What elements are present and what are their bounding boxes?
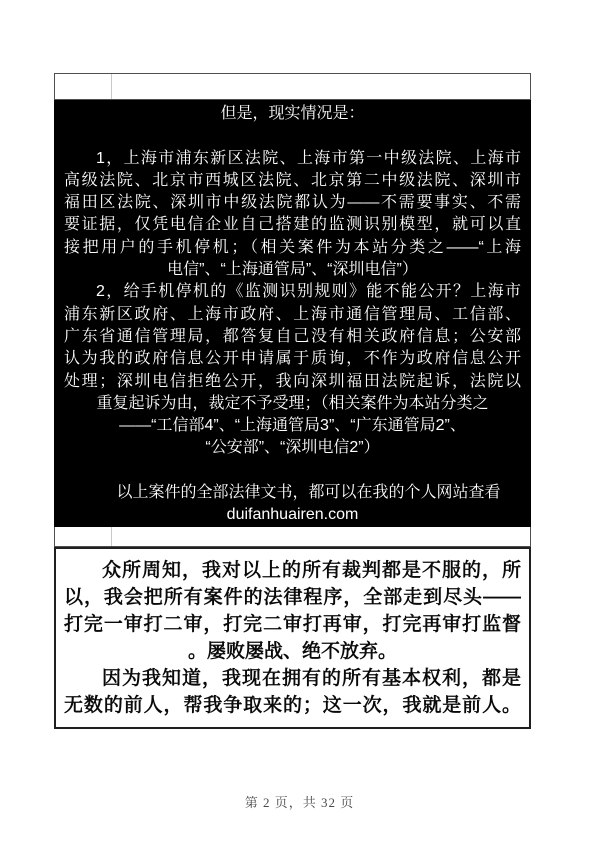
table-cell — [112, 527, 530, 546]
text-line: 要证据，仅凭电信企业自己搭建的监测识别模型，就可以直 — [64, 214, 521, 236]
statement-block-dark: 但是，现实情况是： 1，上海市浦东新区法院、上海市第一中级法院、上海市高级法院、… — [54, 100, 531, 527]
text-line: duifanhuairen.com — [64, 504, 521, 526]
text-line: “公安部”、“深圳电信2”） — [64, 437, 521, 459]
document-body: 但是，现实情况是： 1，上海市浦东新区法院、上海市第一中级法院、上海市高级法院、… — [54, 73, 531, 729]
text-line: 接把用户的手机停机；（相关案件为本站分类之——“上海 — [64, 237, 521, 259]
text-line: 2，给手机停机的《监测识别规则》能不能公开？上海市 — [64, 281, 521, 303]
text-line: 。屡败屡战、绝不放弃。 — [64, 638, 521, 665]
text-line: 众所周知，我对以上的所有裁判都是不服的，所 — [64, 557, 521, 584]
text-line: 以上案件的全部法律文书，都可以在我的个人网站查看 — [64, 482, 521, 504]
statement-block-bordered: 众所周知，我对以上的所有裁判都是不服的，所以，我会把所有案件的法律程序，全部走到… — [54, 547, 531, 729]
table-empty-row-top — [54, 73, 531, 100]
text-line: 福田区法院、深圳市中级法院都认为——不需要事实、不需 — [64, 192, 521, 214]
page-footer: 第 2 页，共 32 页 — [0, 792, 599, 811]
text-line: 认为我的政府信息公开申请属于质询，不作为政府信息公开 — [64, 348, 521, 370]
text-line: 浦东新区政府、上海市政府、上海市通信管理局、工信部、 — [64, 304, 521, 326]
text-line: 1，上海市浦东新区法院、上海市第一中级法院、上海市 — [64, 148, 521, 170]
document-page: 但是，现实情况是： 1，上海市浦东新区法院、上海市第一中级法院、上海市高级法院、… — [0, 0, 599, 848]
text-line: 但是，现实情况是： — [64, 103, 521, 125]
text-line: 处理；深圳电信拒绝公开，我向深圳福田法院起诉，法院以 — [64, 371, 521, 393]
text-line — [64, 125, 521, 147]
text-line: 因为我知道，我现在拥有的所有基本权利，都是 — [64, 665, 521, 692]
text-line: 以，我会把所有案件的法律程序，全部走到尽头—— — [64, 584, 521, 611]
text-line: 打完一审打二审，打完二审打再审，打完再审打监督 — [64, 611, 521, 638]
text-line: 无数的前人，帮我争取来的；这一次，我就是前人。 — [64, 692, 521, 719]
text-line: 重复起诉为由，裁定不予受理；（相关案件为本站分类之 — [64, 393, 521, 415]
table-cell — [112, 74, 530, 99]
text-line: 电信”、“上海通管局”、“深圳电信”） — [64, 259, 521, 281]
table-cell — [55, 527, 112, 546]
text-line: ——“工信部4”、“上海通管局3”、“广东通管局2”、 — [64, 415, 521, 437]
text-line: 广东省通信管理局，都答复自己没有相关政府信息；公安部 — [64, 326, 521, 348]
text-line — [64, 460, 521, 482]
table-empty-row-middle — [54, 527, 531, 547]
page-number: 第 2 页，共 32 页 — [245, 795, 355, 810]
text-line: 高级法院、北京市西城区法院、北京第二中级法院、深圳市 — [64, 170, 521, 192]
table-cell — [55, 74, 112, 99]
